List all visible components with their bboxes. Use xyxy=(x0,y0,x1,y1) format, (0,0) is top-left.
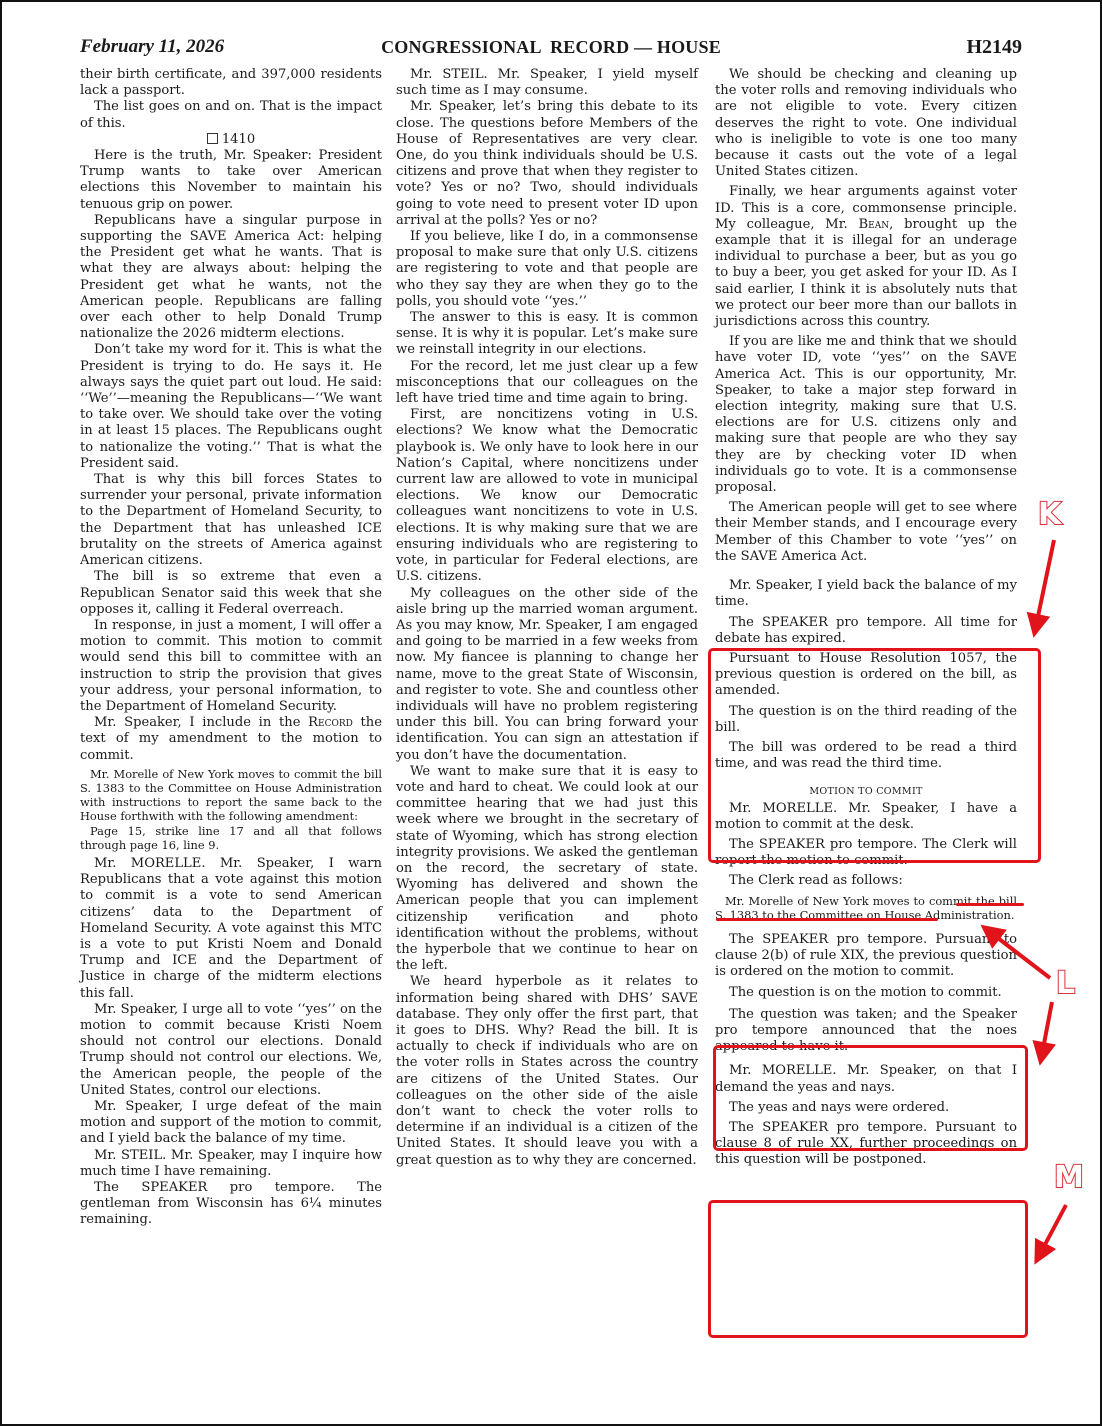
paragraph: Mr. Speaker, I include in the Record the… xyxy=(80,715,382,764)
paragraph: Mr. STEIL. Mr. Speaker, I yield myself s… xyxy=(396,67,698,99)
text: Mr. Speaker, I include in the xyxy=(94,715,308,730)
paragraph: If you are like me and think that we sho… xyxy=(715,334,1017,496)
amendment-text: Mr. Morelle of New York moves to commit … xyxy=(80,767,382,852)
text: , brought up the example that it is ille… xyxy=(715,217,1017,329)
underline-phrase-1 xyxy=(956,903,1024,906)
annotation-label-k: K xyxy=(1038,497,1061,532)
paragraph: their birth certificate, and 397,000 res… xyxy=(80,67,382,99)
paragraph: My colleagues on the other side of the a… xyxy=(396,586,698,764)
column-1: their birth certificate, and 397,000 res… xyxy=(80,67,382,1229)
paragraph: Mr. Speaker, I urge all to vote ‘‘yes’’ … xyxy=(80,1002,382,1099)
header-title: CONGRESSIONAL RECORD — HOUSE xyxy=(80,37,1022,58)
underline-phrase-2 xyxy=(716,918,938,921)
amendment-paragraph: Page 15, strike line 17 and all that fol… xyxy=(80,824,382,852)
header-page-number: H2149 xyxy=(966,36,1022,59)
paragraph: For the record, let me just clear up a f… xyxy=(396,359,698,408)
paragraph: Don’t take my word for it. This is what … xyxy=(80,342,382,472)
paragraph: Here is the truth, Mr. Speaker: Presiden… xyxy=(80,148,382,213)
paragraph: We should be checking and cleaning up th… xyxy=(715,67,1017,180)
paragraph: The American people will get to see wher… xyxy=(715,500,1017,565)
arrow-icon-k xyxy=(1036,540,1054,626)
paragraph: We heard hyperbole as it relates to info… xyxy=(396,974,698,1168)
paragraph: First, are noncitizens voting in U.S. el… xyxy=(396,407,698,585)
annotation-label-l: L xyxy=(1056,966,1075,1001)
paragraph: Mr. STEIL. Mr. Speaker, may I inquire ho… xyxy=(80,1148,382,1180)
paragraph: Mr. MORELLE. Mr. Speaker, I warn Republi… xyxy=(80,856,382,1002)
column-3: We should be checking and cleaning up th… xyxy=(715,67,1017,1169)
timestamp: 1410 xyxy=(80,132,382,148)
paragraph: Finally, we hear arguments against voter… xyxy=(715,184,1017,330)
paragraph: The question is on the motion to commit. xyxy=(715,985,1017,1001)
paragraph: The SPEAKER pro tempore. All time for de… xyxy=(715,615,1017,647)
paragraph: Mr. Speaker, I urge defeat of the main m… xyxy=(80,1099,382,1148)
checkbox-square-icon xyxy=(207,133,218,144)
paragraph: We want to make sure that it is easy to … xyxy=(396,764,698,975)
highlight-box-l xyxy=(713,1045,1028,1151)
amendment-paragraph: Mr. Morelle of New York moves to commit … xyxy=(80,767,382,824)
paragraph: The list goes on and on. That is the imp… xyxy=(80,99,382,131)
annotation-label-m: M xyxy=(1054,1160,1084,1195)
arrow-icon-m xyxy=(1040,1205,1066,1254)
paragraph: Republicans have a singular purpose in s… xyxy=(80,213,382,343)
paragraph: Mr. Speaker, I yield back the balance of… xyxy=(715,578,1017,610)
arrow-icon-l-down xyxy=(1042,1002,1052,1054)
member-name-small-caps: Bean xyxy=(859,217,890,232)
paragraph: The Clerk read as follows: xyxy=(715,873,1017,889)
congressional-record-page: February 11, 2026 CONGRESSIONAL RECORD —… xyxy=(0,0,1102,1426)
paragraph: The SPEAKER pro tempore. The gentleman f… xyxy=(80,1180,382,1229)
column-2: Mr. STEIL. Mr. Speaker, I yield myself s… xyxy=(396,67,698,1169)
page-header: February 11, 2026 CONGRESSIONAL RECORD —… xyxy=(80,36,1022,62)
paragraph: The SPEAKER pro tempore. Pursuant to cla… xyxy=(715,932,1017,981)
paragraph: In response, in just a moment, I will of… xyxy=(80,618,382,715)
paragraph: Mr. Speaker, let’s bring this debate to … xyxy=(396,99,698,229)
paragraph: That is why this bill forces States to s… xyxy=(80,472,382,569)
timestamp-value: 1410 xyxy=(222,132,255,147)
highlight-box-k xyxy=(708,648,1041,863)
paragraph: The answer to this is easy. It is common… xyxy=(396,310,698,359)
paragraph: The bill is so extreme that even a Repub… xyxy=(80,569,382,618)
record-small-caps: Record xyxy=(308,715,353,730)
highlight-box-m xyxy=(708,1200,1028,1338)
paragraph: If you believe, like I do, in a commonse… xyxy=(396,229,698,310)
